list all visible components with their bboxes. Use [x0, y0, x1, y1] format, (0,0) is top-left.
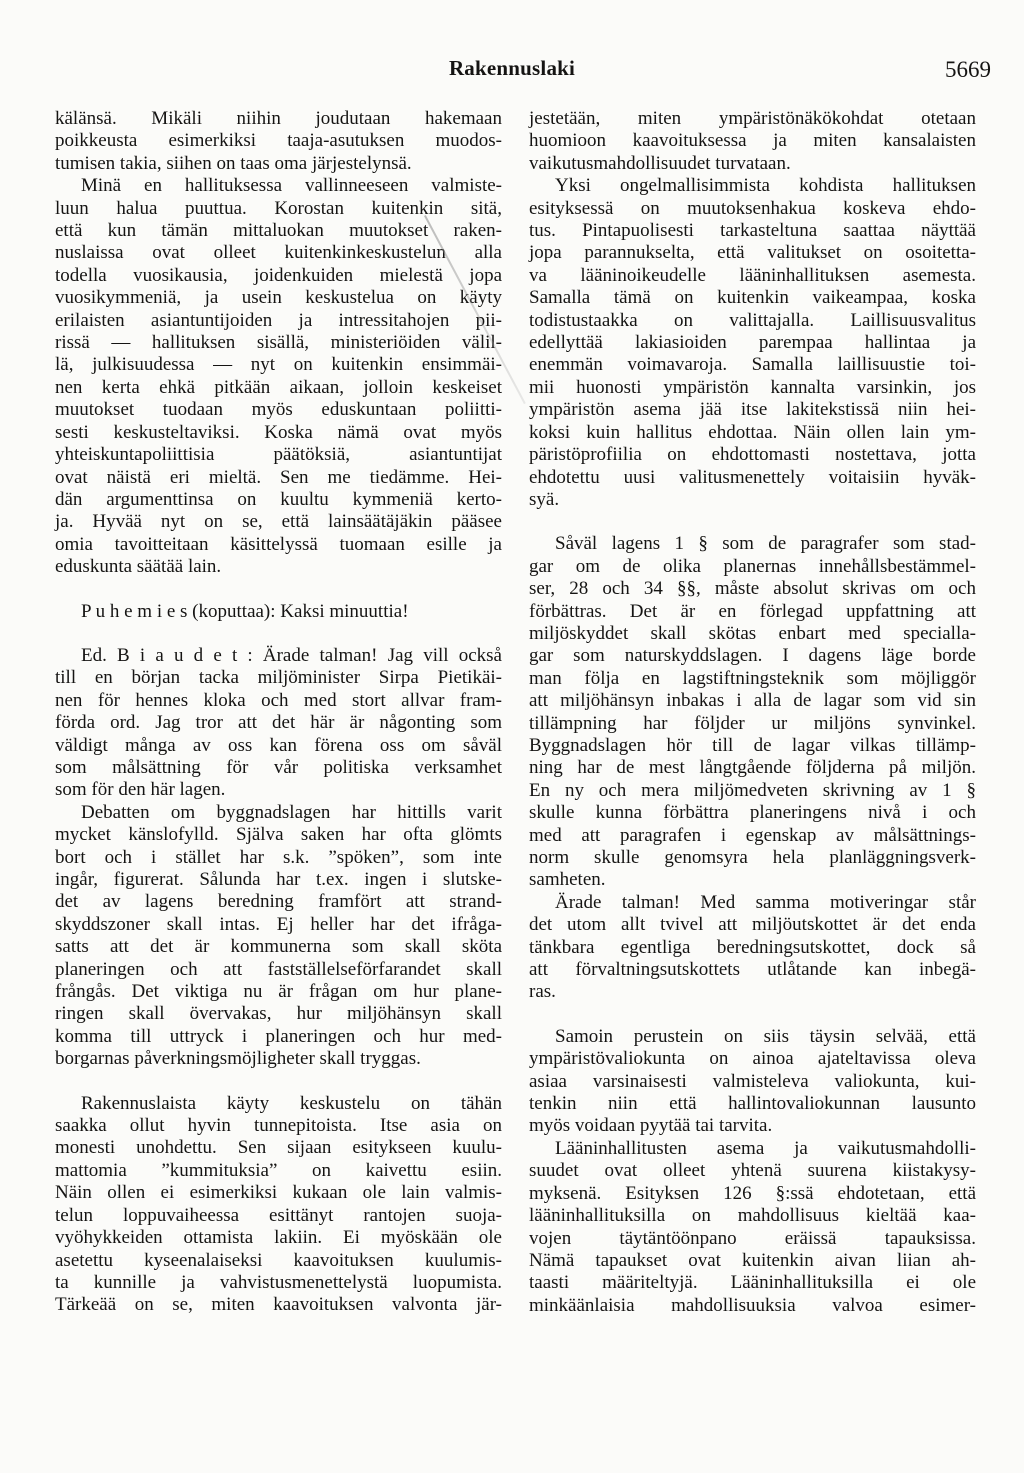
text-line: borgarnas påverkningsmöjligheter skall t…	[55, 1048, 502, 1070]
text-line: Ärade talman! Med samma motiveringar stå…	[529, 892, 976, 914]
text-line: huomioon kaavoituksessa ja miten kansala…	[529, 130, 976, 152]
text-line: yhteiskuntapoliittisia päätöksiä, asiant…	[55, 444, 502, 466]
text-line: tillämpning har följder ur miljöns synvi…	[529, 713, 976, 735]
text-line: Byggnadslagen hör till de lagar vilkas t…	[529, 735, 976, 757]
text-line: mycket känslofylld. Själva saken har oft…	[55, 824, 502, 846]
text-line: ringen skall övervakas, hur miljöhänsyn …	[55, 1003, 502, 1025]
text-line: det av lagens beredning framfört att str…	[55, 891, 502, 913]
text-line: edellyttää lakiasioiden parempaa hallint…	[529, 332, 976, 354]
text-line: taasti määriteltyjä. Lääninhallituksilla…	[529, 1272, 976, 1294]
text-line: komma till uttryck i planeringen och hur…	[55, 1026, 502, 1048]
text-line: minkäänlaisia mahdollisuuksia valvoa esi…	[529, 1295, 976, 1317]
text-line: planeringen och att fastställelseförfara…	[55, 959, 502, 981]
text-line: Tärkeää on se, miten kaavoituksen valvon…	[55, 1294, 502, 1316]
text-line: ja. Hyvää nyt on se, että lainsäätäjäkin…	[55, 511, 502, 533]
paragraph: Minä en hallituksessa vallinneeseen valm…	[55, 175, 502, 578]
text-line: ning har de mest långtgående följderna p…	[529, 757, 976, 779]
paragraph: Såväl lagens 1 § som de paragrafer som s…	[529, 533, 976, 892]
text-line: skyddszoner skall intas. Ej heller har d…	[55, 914, 502, 936]
text-line: mattomia ”kummituksia” on kaivettu esiin…	[55, 1160, 502, 1182]
text-line: nen för hennes kloka och med stort allva…	[55, 690, 502, 712]
text-line: man följa en lagstiftningsteknik som möj…	[529, 668, 976, 690]
text-line: myksenä. Esityksen 126 §:ssä ehdotetaan,…	[529, 1183, 976, 1205]
text-line: Såväl lagens 1 § som de paragrafer som s…	[529, 533, 976, 555]
page-title: Rakennuslaki	[0, 56, 1024, 81]
text-line: esityksessä on muutoksenhakua koskeva eh…	[529, 198, 976, 220]
text-line: enemmän voimavaroja. Samalla laillisuust…	[529, 354, 976, 376]
text-line: tänkbara egentliga beredningsutskottet, …	[529, 937, 976, 959]
text-line: omia tavoitteitaan käsittelyssä tuomaan …	[55, 534, 502, 556]
paragraph: Samoin perustein on siis täysin selvää, …	[529, 1026, 976, 1138]
text-line: poikkeusta esimerkiksi taaja-asutuksen m…	[55, 130, 502, 152]
text-line: päristöprofiilia on ehdottomasti nostett…	[529, 444, 976, 466]
text-line: ympäristövaliokunta on ainoa ajateltavis…	[529, 1048, 976, 1070]
text-line: monesti unohdettu. Sen sijaan esitykseen…	[55, 1137, 502, 1159]
text-line: ras.	[529, 981, 976, 1003]
text-line: muutokset tuodaan myös eduskuntaan polii…	[55, 399, 502, 421]
text-line: lääninhallituksilla on mahdollisuus kiel…	[529, 1205, 976, 1227]
text-line: Rakennuslaista käyty keskustelu on tähän	[55, 1093, 502, 1115]
text-line: erilaisten asiantuntijoiden ja intressit…	[55, 310, 502, 332]
text-line: sesti keskusteltaviksi. Koska nämä ovat …	[55, 422, 502, 444]
paragraph: jestetään, miten ympäristönäkökohdat ote…	[529, 108, 976, 175]
text-line: gar om de olika planernas innehållsbestä…	[529, 556, 976, 578]
text-line: miljöskyddet skall skötas enbart med spe…	[529, 623, 976, 645]
text-line: eduskunta säätää lain.	[55, 556, 502, 578]
text-line: P u h e m i e s (koputtaa): Kaksi minuut…	[55, 601, 502, 623]
text-line: Nämä tapaukset ovat kuitenkin aivan liia…	[529, 1250, 976, 1272]
text-line: telun loppuvaiheessa esittänyt rantojen …	[55, 1205, 502, 1227]
page-number: 5669	[945, 57, 991, 83]
text-line: jopa parannukselta, että valitukset on o…	[529, 242, 976, 264]
text-line: vaikutusmahdollisuudet turvataan.	[529, 153, 976, 175]
text-line: jestetään, miten ympäristönäkökohdat ote…	[529, 108, 976, 130]
text-line: myös voidaan pyytää tai tarvita.	[529, 1115, 976, 1137]
text-line: ehdotettu uusi valitusmenettely voitaisi…	[529, 467, 976, 489]
text-line: saakka ollut hyvin tunnepitoista. Itse a…	[55, 1115, 502, 1137]
document-page: Rakennuslaki 5669 kälänsä. Mikäli niihin…	[0, 0, 1024, 1473]
text-line: asiaa varsinaisesti valmisteleva valioku…	[529, 1071, 976, 1093]
text-line: gar som naturskyddslagen. I dagens läge …	[529, 645, 976, 667]
paragraph: Rakennuslaista käyty keskustelu on tähän…	[55, 1093, 502, 1317]
paragraph: P u h e m i e s (koputtaa): Kaksi minuut…	[55, 601, 502, 623]
text-line: että kun tämän mittaluokan muutokset rak…	[55, 220, 502, 242]
paragraph: Ärade talman! Med samma motiveringar stå…	[529, 892, 976, 1004]
paragraph: Yksi ongelmallisimmista kohdista hallitu…	[529, 175, 976, 511]
text-line: norm skulle genomsyra hela planläggnings…	[529, 847, 976, 869]
text-line: Minä en hallituksessa vallinneeseen valm…	[55, 175, 502, 197]
text-line: rissä — hallituksen sisällä, ministeriöi…	[55, 332, 502, 354]
text-line: som målsättning för vår politiska verksa…	[55, 757, 502, 779]
text-line: En ny och mera miljömedveten skrivning a…	[529, 780, 976, 802]
text-line: mii huonosti ympäristön kannalta varsink…	[529, 377, 976, 399]
paragraph: Ed. B i a u d e t : Ärade talman! Jag vi…	[55, 645, 502, 802]
text-line: förbättras. Det är en förlegad uppfattni…	[529, 601, 976, 623]
text-line: satts att det är kommunerna som skall sk…	[55, 936, 502, 958]
text-line: det utom allt tvivel att miljöutskottet …	[529, 914, 976, 936]
text-line: tenkin niin että hallintovaliokunnan lau…	[529, 1093, 976, 1115]
text-line: luun halua puuttua. Korostan kuitenkin s…	[55, 198, 502, 220]
text-line: lä, julkisuudessa — nyt on kuitenkin ens…	[55, 354, 502, 376]
text-line: med att paragrafen i egenskap av målsätt…	[529, 825, 976, 847]
text-line: ingår, figurerat. Sålunda har t.ex. inge…	[55, 869, 502, 891]
text-line: ser, 28 och 34 §§, måste absolut skrivas…	[529, 578, 976, 600]
text-line: att miljöhänsyn inbakas i alla de lagar …	[529, 690, 976, 712]
text-line: Samoin perustein on siis täysin selvää, …	[529, 1026, 976, 1048]
text-line: ovat näistä eri mieltä. Sen me tiedämme.…	[55, 467, 502, 489]
paragraph: kälänsä. Mikäli niihin joudutaan hakemaa…	[55, 108, 502, 175]
text-line: Ed. B i a u d e t : Ärade talman! Jag vi…	[55, 645, 502, 667]
text-line: ta kunnille ja vahvistusmenettelystä luo…	[55, 1272, 502, 1294]
text-line: dän argumenttinsa on kuultu kymmeniä ker…	[55, 489, 502, 511]
text-line: Näin ollen ei esimerkiksi kukaan ole lai…	[55, 1182, 502, 1204]
text-line: vyöhykkeiden ottamista lakiin. Ei myöskä…	[55, 1227, 502, 1249]
paragraph: Lääninhallitusten asema ja vaikutusmahdo…	[529, 1138, 976, 1317]
text-line: Samalla tämä on kuitenkin vaikeampaa, ko…	[529, 287, 976, 309]
text-line: vuosikymmeniä, ja usein keskustelua on k…	[55, 287, 502, 309]
text-line: väldigt många av oss kan förena oss om s…	[55, 735, 502, 757]
text-line: ympäristön asema jää itse lakitekstissä …	[529, 399, 976, 421]
text-line: Yksi ongelmallisimmista kohdista hallitu…	[529, 175, 976, 197]
text-line: tus. Pintapuolisesti tarkasteltuna saatt…	[529, 220, 976, 242]
text-line: va lääninoikeudelle lääninhallituksen as…	[529, 265, 976, 287]
text-line: asetettu kyseenalaiseksi kaavoituksen ku…	[55, 1250, 502, 1272]
text-line: todella vuosikausia, joidenkuiden mieles…	[55, 265, 502, 287]
text-line: förda ord. Jag tror att det här är någon…	[55, 712, 502, 734]
text-columns: kälänsä. Mikäli niihin joudutaan hakemaa…	[55, 108, 976, 1317]
text-line: koksi kuin hallitus ehdottaa. Näin ollen…	[529, 422, 976, 444]
right-column: jestetään, miten ympäristönäkökohdat ote…	[529, 108, 976, 1317]
text-line: till en början tacka miljöminister Sirpa…	[55, 667, 502, 689]
text-line: nen kerta ehkä pitkään aikaan, jolloin k…	[55, 377, 502, 399]
text-line: tumisen takia, siihen on taas oma järjes…	[55, 153, 502, 175]
text-line: todistustaakka on valittajalla. Laillisu…	[529, 310, 976, 332]
page-header: Rakennuslaki 5669	[0, 56, 1024, 86]
text-line: Debatten om byggnadslagen har hittills v…	[55, 802, 502, 824]
text-line: skulle kunna förbättra planeringens nivå…	[529, 802, 976, 824]
text-line: kälänsä. Mikäli niihin joudutaan hakemaa…	[55, 108, 502, 130]
text-line: samheten.	[529, 869, 976, 891]
text-line: frångås. Det viktiga nu är frågan om hur…	[55, 981, 502, 1003]
text-line: att förvaltningsutskottets utlåtande kan…	[529, 959, 976, 981]
text-line: syä.	[529, 489, 976, 511]
text-line: bort och i stället har s.k. ”spöken”, so…	[55, 847, 502, 869]
text-line: Lääninhallitusten asema ja vaikutusmahdo…	[529, 1138, 976, 1160]
text-line: suudet ovat olleet yhtenä suurena kiista…	[529, 1160, 976, 1182]
text-line: som för den här lagen.	[55, 779, 502, 801]
text-line: vojen täytäntöönpano eräissä tapauksissa…	[529, 1228, 976, 1250]
paragraph: Debatten om byggnadslagen har hittills v…	[55, 802, 502, 1071]
left-column: kälänsä. Mikäli niihin joudutaan hakemaa…	[55, 108, 502, 1317]
text-line: nuslaissa ovat olleet kuitenkinkeskustel…	[55, 242, 502, 264]
